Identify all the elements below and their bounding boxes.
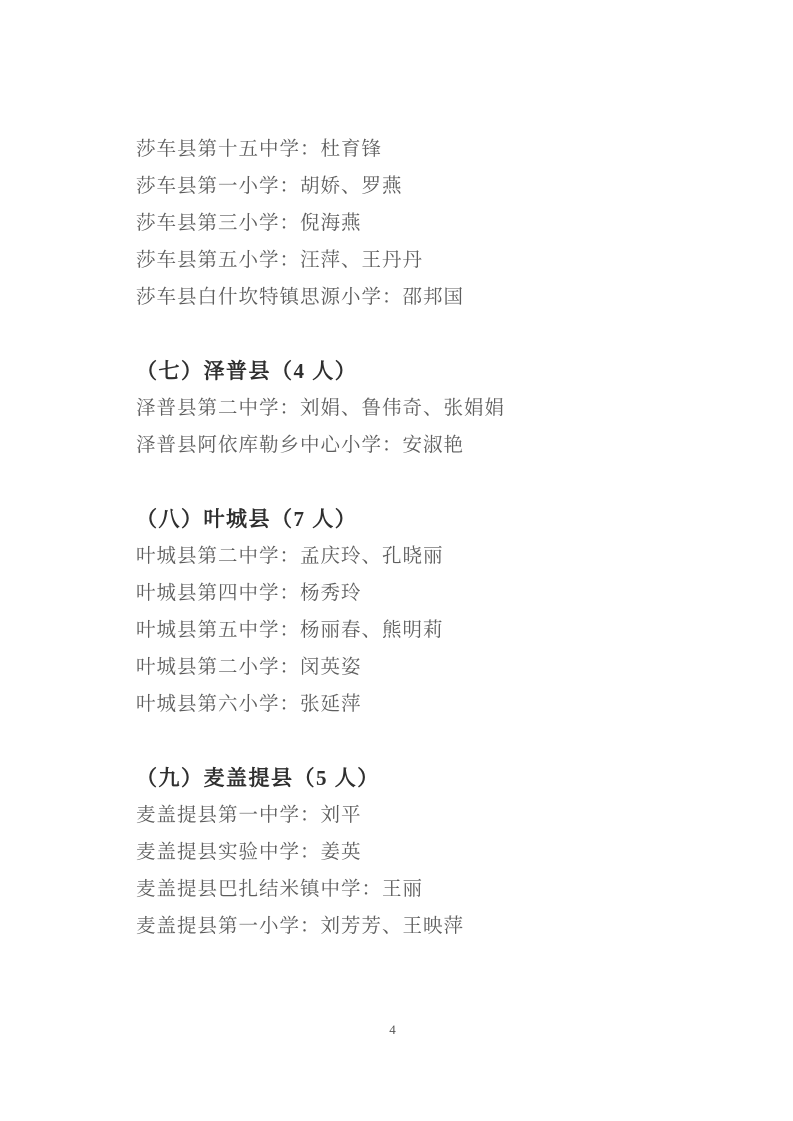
section-heading-ba-yecheng-county: （八）叶城县（7 人）: [136, 501, 733, 538]
school-entry: 叶城县第二小学：闵英姿: [136, 649, 733, 686]
school-entry: 莎车县第一小学：胡娇、罗燕: [136, 168, 733, 205]
school-entry: 莎车县第十五中学：杜育锋: [136, 131, 733, 168]
school-entry: 叶城县第六小学：张延萍: [136, 686, 733, 723]
section-heading-jiu-maigaiti-county: （九）麦盖提县（5 人）: [136, 760, 733, 797]
school-entry: 麦盖提县实验中学：姜英: [136, 834, 733, 871]
school-entry: 麦盖提县巴扎结米镇中学：王丽: [136, 871, 733, 908]
page-content: 莎车县第十五中学：杜育锋 莎车县第一小学：胡娇、罗燕 莎车县第三小学：倪海燕 莎…: [0, 0, 793, 945]
school-entry: 莎车县第三小学：倪海燕: [136, 205, 733, 242]
school-entry: 叶城县第二中学：孟庆玲、孔晓丽: [136, 538, 733, 575]
school-entry: 麦盖提县第一中学：刘平: [136, 797, 733, 834]
school-entry: 泽普县阿依库勒乡中心小学：安淑艳: [136, 427, 733, 464]
document-page: 莎车县第十五中学：杜育锋 莎车县第一小学：胡娇、罗燕 莎车县第三小学：倪海燕 莎…: [0, 0, 793, 1121]
section-heading-qi-zepu-county: （七）泽普县（4 人）: [136, 353, 733, 390]
page-number: 4: [0, 1022, 785, 1038]
school-entry: 叶城县第四中学：杨秀玲: [136, 575, 733, 612]
school-entry: 叶城县第五中学：杨丽春、熊明莉: [136, 612, 733, 649]
school-entry: 麦盖提县第一小学：刘芳芳、王映萍: [136, 908, 733, 945]
school-entry: 泽普县第二中学：刘娟、鲁伟奇、张娟娟: [136, 390, 733, 427]
school-entry: 莎车县第五小学：汪萍、王丹丹: [136, 242, 733, 279]
school-entry: 莎车县白什坎特镇思源小学：邵邦国: [136, 279, 733, 316]
